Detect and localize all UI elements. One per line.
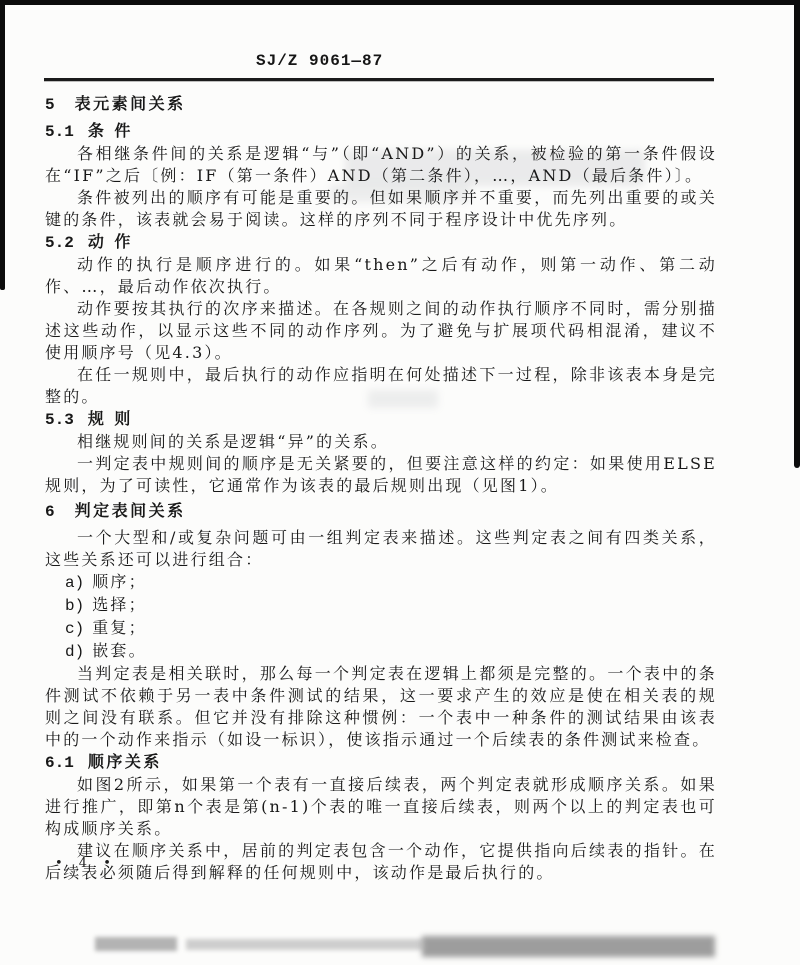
subsection-number: 5.1	[45, 123, 74, 141]
section-number: 6	[45, 503, 55, 521]
section-title: 判定表间关系	[75, 501, 186, 520]
paragraph-actions-1: 动作的执行是顺序进行的。如果“then”之后有动作，则第一动作、第二动作、…，最…	[45, 254, 717, 298]
list-item-c: c)重复；	[45, 617, 717, 640]
paragraph-rules-1: 相继规则间的关系是逻辑“异”的关系。	[45, 431, 717, 453]
list-marker: b)	[65, 597, 84, 615]
list-marker: d)	[65, 643, 84, 661]
page-number: • 4 •	[55, 856, 117, 871]
subsection-number: 5.2	[45, 234, 74, 252]
list-marker: a)	[65, 574, 84, 592]
section-number: 5	[45, 96, 55, 114]
header-rule	[44, 78, 714, 81]
list-item-d: d)嵌套。	[45, 640, 717, 663]
paragraph-rules-2: 一判定表中规则间的顺序是无关紧要的，但要注意这样的约定：如果使用ELSE规则，为…	[45, 453, 717, 497]
subsection-number: 5.3	[45, 411, 74, 429]
scan-edge-artifact-left	[0, 0, 5, 290]
subsection-title: 规 则	[88, 409, 133, 428]
scan-edge-artifact-top	[0, 0, 797, 5]
subsection-6-1-heading: 6.1顺序关系	[45, 751, 717, 774]
subsection-number: 6.1	[45, 754, 74, 772]
list-text: 嵌套。	[92, 641, 147, 660]
subsection-5-1-heading: 5.1条 件	[45, 120, 717, 143]
list-text: 选择；	[92, 595, 147, 614]
subsection-title: 顺序关系	[88, 752, 162, 771]
document-body: 5表元素间关系 5.1条 件 各相继条件间的关系是逻辑“与”（即“AND”）的关…	[45, 90, 717, 884]
subsection-5-2-heading: 5.2动 作	[45, 231, 717, 254]
section-title: 表元素间关系	[75, 94, 186, 113]
paragraph-sequence-2: 建议在顺序关系中，居前的判定表包含一个动作，它提供指向后续表的指针。在后续表必须…	[45, 840, 717, 884]
paragraph-sequence-1: 如图2所示，如果第一个表有一直接后续表，两个判定表就形成顺序关系。如果进行推广，…	[45, 774, 717, 840]
list-marker: c)	[65, 620, 84, 638]
section-5-heading: 5表元素间关系	[45, 93, 717, 116]
subsection-title: 条 件	[88, 121, 133, 140]
scan-smudge	[422, 936, 715, 957]
paragraph-actions-3: 在任一规则中，最后执行的动作应指明在何处描述下一过程，除非该表本身是完整的。	[45, 364, 717, 408]
paragraph-relations-intro: 一个大型和/或复杂问题可由一组判定表来描述。这些判定表之间有四类关系，这些关系还…	[45, 527, 717, 571]
list-item-b: b)选择；	[45, 594, 717, 617]
subsection-5-3-heading: 5.3规 则	[45, 408, 717, 431]
list-text: 顺序；	[92, 572, 147, 591]
list-item-a: a)顺序；	[45, 571, 717, 594]
scanned-document-page: SJ/Z 9061—87 5表元素间关系 5.1条 件 各相继条件间的关系是逻辑…	[0, 0, 800, 965]
scan-smudge	[186, 939, 424, 950]
scan-smudge	[95, 937, 177, 951]
paragraph-conditions-2: 条件被列出的顺序有可能是重要的。但如果顺序并不重要，而先列出重要的或关键的条件，…	[45, 187, 717, 231]
scan-edge-artifact-right	[794, 0, 800, 468]
subsection-title: 动 作	[88, 232, 133, 251]
section-6-heading: 6判定表间关系	[45, 500, 717, 523]
paragraph-actions-2: 动作要按其执行的次序来描述。在各规则之间的动作执行顺序不同时，需分别描述这些动作…	[45, 298, 717, 364]
list-text: 重复；	[92, 618, 147, 637]
paragraph-relations-completeness: 当判定表是相关联时，那么每一个判定表在逻辑上都须是完整的。一个表中的条件测试不依…	[45, 663, 717, 751]
standard-number-header: SJ/Z 9061—87	[256, 52, 383, 70]
paragraph-conditions-1: 各相继条件间的关系是逻辑“与”（即“AND”）的关系，被检验的第一条件假设在“I…	[45, 143, 717, 187]
